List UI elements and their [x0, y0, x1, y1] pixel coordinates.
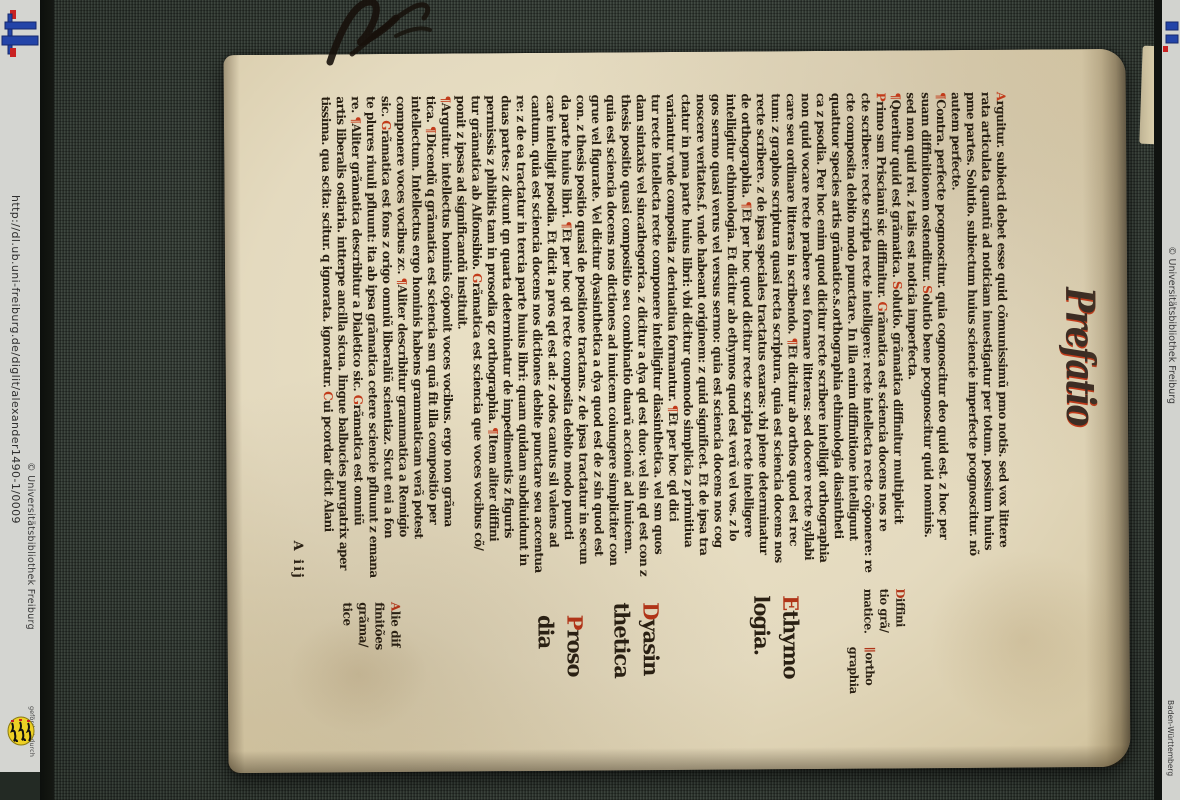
scanned-book-page: Prefatio Arguitur. subiecti debet esse q… [224, 49, 1131, 773]
margin-note-line: logia. [747, 595, 777, 679]
strip-footer-dark [0, 772, 40, 800]
rubricated-initial: P [562, 615, 587, 630]
margin-note-line: Diffini [892, 588, 908, 633]
margin-note-line: dia [531, 615, 560, 677]
copyright-watermark-right: © Universitätsbibliothek Freiburg [1166, 246, 1177, 404]
margin-note-line: tio grã/ [876, 589, 892, 634]
rubricated-initial: A [388, 602, 402, 611]
rubric-mark: G [470, 273, 484, 283]
margin-note-line: thetica [607, 602, 637, 678]
rubric-mark: S [890, 281, 904, 289]
quire-signature: A iij [290, 541, 305, 580]
margin-note-line: Ethymo [776, 595, 806, 679]
rubric-mark: ¶ [785, 338, 799, 345]
margin-note-line: Proso [560, 615, 589, 677]
rubric-mark: A [994, 92, 1008, 101]
strip-shadow-right [1154, 0, 1162, 800]
page-edge-curl [1081, 49, 1130, 767]
margin-note-line: finitões [371, 602, 387, 650]
margin-note-diffinitio: Diffinitio grã/matice. [860, 588, 908, 633]
margin-note-line: Dyasin [636, 602, 666, 678]
rubricated-initial: D [638, 602, 663, 619]
rubricated-initial: ∥ [863, 647, 877, 653]
baden-wuerttemberg-arms-icon [6, 714, 36, 748]
rubric-mark: C [321, 391, 335, 400]
margin-note-line: Alie dif [387, 602, 403, 650]
rubric-mark: ¶ [740, 201, 754, 208]
handwritten-ink-flourish [312, 0, 452, 76]
rubric-mark: ¶ [424, 126, 438, 133]
rubric-mark: ¶ [889, 92, 903, 99]
document-url-watermark: http://dl.ub.uni-freiburg.de/diglit/alex… [9, 195, 22, 524]
rubricated-initial: D [893, 588, 907, 598]
strip-shadow-left [40, 0, 54, 800]
margin-note-line: matice. [860, 589, 876, 634]
rubric-mark: ¶ [666, 405, 680, 412]
margin-note-line: tice [339, 602, 355, 650]
rubric-mark: G [379, 120, 393, 130]
margin-note-prosodia: Prosodia [531, 615, 589, 677]
page-content-rotated: Prefatio Arguitur. subiecti debet esse q… [224, 49, 1131, 773]
region-label: Baden-Württemberg [1166, 700, 1175, 776]
rubric-mark: G [875, 301, 889, 311]
margin-note-orthographia: ∥orthographia [846, 647, 878, 694]
margin-note-alie-diffinitiones: Alie diffinitõesgrãma/tice [339, 602, 403, 650]
rubric-mark: S [920, 285, 934, 293]
copyright-watermark-left: © Universitätsbibliothek Freiburg [25, 462, 36, 630]
rubric-mark: ¶ [395, 278, 409, 285]
rubricated-initial: E [778, 595, 803, 610]
rubric-mark: P [874, 93, 888, 102]
margin-note-line: grãma/ [355, 602, 371, 650]
margin-note-line: graphia [846, 647, 862, 694]
rubric-mark: ¶ [560, 221, 574, 228]
margin-note-dyasinthetica: Dyasinthetica [607, 602, 666, 678]
body-text-block: Arguitur. subiecti debet esse quid cõmun… [314, 92, 1011, 591]
rubric-mark: ¶ [349, 116, 363, 123]
ub-freiburg-logo-icon [1, 6, 41, 62]
rubric-mark: G [351, 395, 365, 405]
rubric-mark: ¶ [486, 427, 500, 434]
margin-note-line: ∥ortho [862, 647, 878, 694]
ub-freiburg-logo-partial-icon [1163, 20, 1180, 54]
rubric-mark: ¶ [934, 92, 948, 99]
rubric-mark: ¶ [439, 96, 453, 103]
margin-note-ethymologia: Ethymologia. [747, 595, 806, 679]
